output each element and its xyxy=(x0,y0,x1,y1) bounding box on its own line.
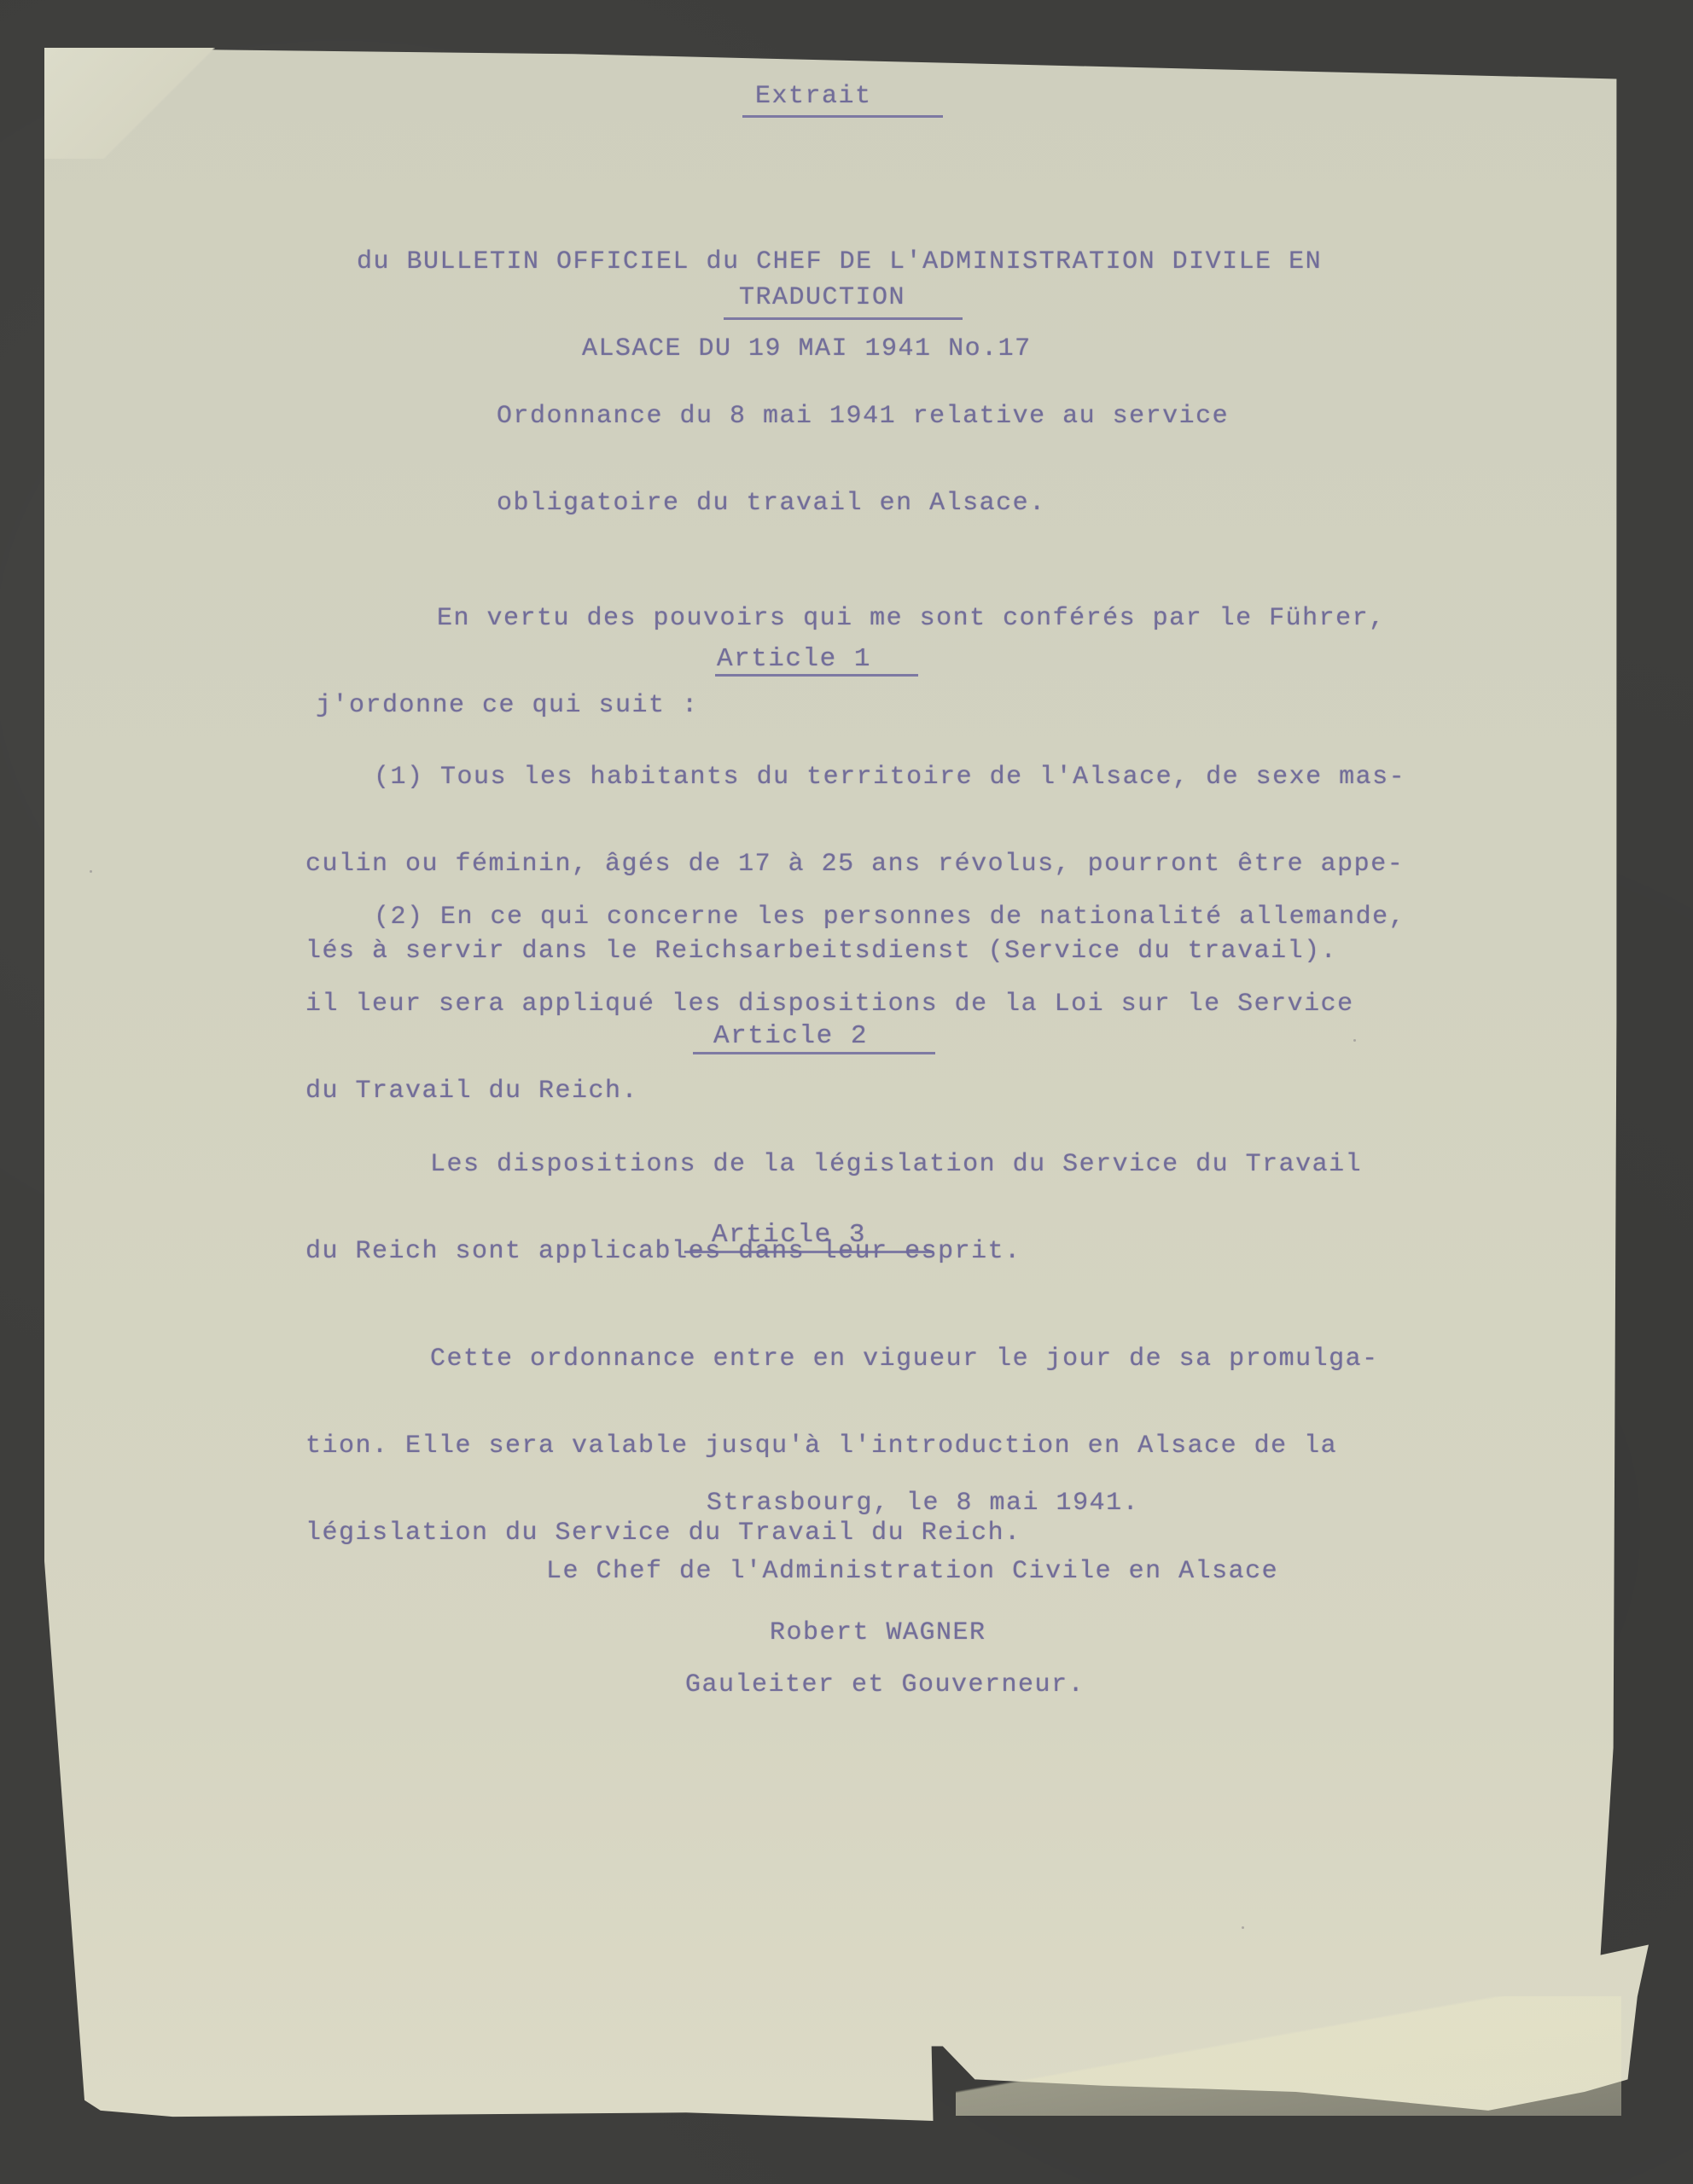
signer-name: Robert WAGNER xyxy=(770,1618,986,1647)
paragraph-line: législation du Service du Travail du Rei… xyxy=(305,1519,1379,1548)
heading-underline xyxy=(742,115,943,118)
paragraph-line: Cette ordonnance entre en vigueur le jou… xyxy=(305,1345,1379,1374)
document-heading: Extrait xyxy=(755,82,872,111)
place-and-date: Strasbourg, le 8 mai 1941. xyxy=(707,1489,1139,1518)
article-1-paragraph-2: (2) En ce qui concerne les personnes de … xyxy=(305,845,1405,1135)
ordinance-title-line-1: Ordonnance du 8 mai 1941 relative au ser… xyxy=(497,402,1229,431)
paragraph-line: (1) Tous les habitants du territoire de … xyxy=(305,763,1405,792)
article-2-title: Article 2 xyxy=(713,1021,868,1051)
translation-underline xyxy=(724,317,963,320)
article-3-title: Article 3 xyxy=(712,1220,866,1250)
article-3-underline xyxy=(684,1251,934,1253)
preamble-line-1: En vertu des pouvoirs qui me sont confér… xyxy=(316,604,1386,633)
article-1-title: Article 1 xyxy=(717,644,871,674)
paragraph-line: il leur sera appliqué les dispositions d… xyxy=(305,990,1405,1019)
signing-authority: Le Chef de l'Administration Civile en Al… xyxy=(546,1557,1278,1586)
signer-role: Gauleiter et Gouverneur. xyxy=(685,1670,1085,1699)
article-2-underline xyxy=(693,1052,935,1054)
paragraph-line: Les dispositions de la législation du Se… xyxy=(305,1150,1362,1179)
bulletin-line-1: du BULLETIN OFFICIEL du CHEF DE L'ADMINI… xyxy=(357,247,1534,276)
translation-label: TRADUCTION xyxy=(739,283,905,312)
ordinance-title: Ordonnance du 8 mai 1941 relative au ser… xyxy=(497,344,1229,547)
paragraph-line: tion. Elle sera valable jusqu'à l'introd… xyxy=(305,1432,1379,1461)
article-2-paragraph: Les dispositions de la législation du Se… xyxy=(305,1092,1362,1295)
article-3-paragraph: Cette ordonnance entre en vigueur le jou… xyxy=(305,1287,1379,1577)
paragraph-line: (2) En ce qui concerne les personnes de … xyxy=(305,903,1405,932)
ordinance-title-line-2: obligatoire du travail en Alsace. xyxy=(497,489,1229,518)
article-1-underline xyxy=(715,674,918,677)
